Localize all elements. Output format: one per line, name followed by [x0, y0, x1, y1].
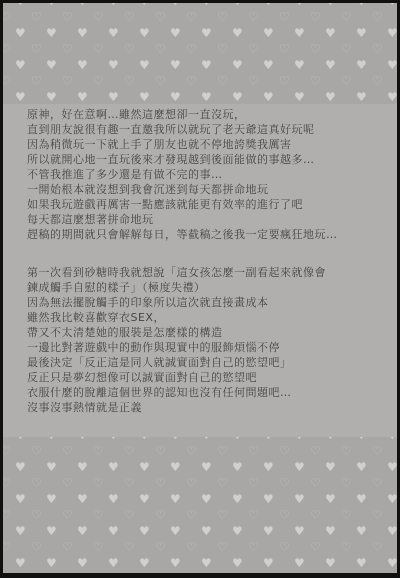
heart-outline-icon: ♡: [186, 477, 197, 489]
heart-filled-icon: ♥: [356, 3, 367, 7]
heart-filled-icon: ♥: [201, 91, 212, 103]
heart-filled-icon: ♥: [294, 3, 305, 7]
heart-filled-icon: ♥: [15, 557, 26, 569]
heart-filled-icon: ♥: [387, 91, 397, 103]
heart-outline-icon: ♡: [372, 75, 383, 87]
heart-outline-icon: ♡: [341, 477, 352, 489]
heart-filled-icon: ♥: [356, 493, 367, 505]
heart-outline-icon: ♡: [3, 43, 11, 55]
heart-outline-icon: ♡: [372, 11, 383, 23]
afterword-line: 雖然我比較喜歡穿衣SEX，: [27, 310, 387, 325]
heart-filled-icon: ♥: [170, 525, 181, 537]
afterword-line: 帶又不太清楚她的服裝是怎麼樣的構造: [27, 325, 387, 340]
heart-outline-icon: ♡: [31, 11, 42, 23]
heart-filled-icon: ♥: [356, 59, 367, 71]
heart-filled-icon: ♥: [46, 461, 57, 473]
heart-outline-icon: ♡: [372, 43, 383, 55]
heart-filled-icon: ♥: [139, 59, 150, 71]
heart-filled-icon: ♥: [108, 493, 119, 505]
heart-outline-icon: ♡: [217, 477, 228, 489]
heart-filled-icon: ♥: [232, 27, 243, 39]
heart-outline-icon: ♡: [155, 477, 166, 489]
afterword-line: 所以就開心地一直玩後來才發現越到後面能做的事越多…: [27, 152, 387, 167]
heart-outline-icon: ♡: [186, 43, 197, 55]
heart-filled-icon: ♥: [263, 525, 274, 537]
afterword-line: 衣服什麼的脫離這個世界的認知也沒有任何問題吧…: [27, 385, 387, 400]
heart-filled-icon: ♥: [15, 27, 26, 39]
heart-outline-icon: ♡: [310, 477, 321, 489]
heart-outline-icon: ♡: [186, 75, 197, 87]
heart-filled-icon: ♥: [77, 437, 88, 441]
heart-filled-icon: ♥: [387, 461, 397, 473]
heart-outline-icon: ♡: [31, 445, 42, 457]
heart-outline-icon: ♡: [155, 541, 166, 553]
afterword-line: 反正只是夢幻想像可以誠實面對自己的慾望吧: [27, 370, 387, 385]
heart-outline-icon: ♡: [310, 11, 321, 23]
heart-outline-icon: ♡: [279, 477, 290, 489]
heart-outline-icon: ♡: [372, 445, 383, 457]
afterword-line: 因為無法擺脫觸手的印象所以這次就直接畫成本: [27, 295, 387, 310]
heart-filled-icon: ♥: [170, 493, 181, 505]
heart-outline-icon: ♡: [155, 75, 166, 87]
heart-outline-icon: ♡: [62, 43, 73, 55]
heart-outline-icon: ♡: [93, 43, 104, 55]
heart-outline-icon: ♡: [155, 43, 166, 55]
heart-filled-icon: ♥: [77, 59, 88, 71]
heart-filled-icon: ♥: [263, 27, 274, 39]
heart-outline-icon: ♡: [31, 541, 42, 553]
heart-filled-icon: ♥: [108, 557, 119, 569]
heart-filled-icon: ♥: [170, 27, 181, 39]
heart-filled-icon: ♥: [201, 3, 212, 7]
heart-outline-icon: ♡: [124, 75, 135, 87]
heart-filled-icon: ♥: [294, 27, 305, 39]
heart-filled-icon: ♥: [325, 3, 336, 7]
heart-outline-icon: ♡: [279, 541, 290, 553]
afterword-line: 鍊成觸手自慰的樣子」（極度失禮）: [27, 280, 387, 295]
heart-outline-icon: ♡: [248, 445, 259, 457]
heart-filled-icon: ♥: [325, 91, 336, 103]
heart-outline-icon: ♡: [248, 541, 259, 553]
heart-filled-icon: ♥: [232, 59, 243, 71]
heart-outline-icon: ♡: [279, 75, 290, 87]
heart-outline-icon: ♡: [279, 43, 290, 55]
heart-filled-icon: ♥: [232, 461, 243, 473]
heart-filled-icon: ♥: [325, 437, 336, 441]
heart-outline-icon: ♡: [124, 477, 135, 489]
heart-outline-icon: ♡: [3, 477, 11, 489]
heart-filled-icon: ♥: [139, 461, 150, 473]
afterword-line: 不管我推進了多少還是有做不完的事…: [27, 167, 387, 182]
heart-filled-icon: ♥: [108, 27, 119, 39]
heart-filled-icon: ♥: [77, 461, 88, 473]
heart-outline-icon: ♡: [341, 541, 352, 553]
heart-outline-icon: ♡: [124, 541, 135, 553]
heart-outline-icon: ♡: [3, 75, 11, 87]
heart-filled-icon: ♥: [325, 557, 336, 569]
heart-filled-icon: ♥: [263, 59, 274, 71]
heart-outline-icon: ♡: [248, 75, 259, 87]
heart-filled-icon: ♥: [263, 91, 274, 103]
heart-outline-icon: ♡: [93, 509, 104, 521]
heart-filled-icon: ♥: [356, 27, 367, 39]
heart-outline-icon: ♡: [31, 509, 42, 521]
heart-filled-icon: ♥: [77, 3, 88, 7]
heart-outline-icon: ♡: [62, 445, 73, 457]
heart-filled-icon: ♥: [77, 557, 88, 569]
afterword-line: 最後決定「反正這是同人就誠實面對自己的慾望吧」: [27, 355, 387, 370]
heart-outline-icon: ♡: [310, 541, 321, 553]
heart-filled-icon: ♥: [263, 3, 274, 7]
heart-filled-icon: ♥: [232, 91, 243, 103]
heart-outline-icon: ♡: [62, 11, 73, 23]
afterword-line: 沒事沒事熱情就是正義: [27, 400, 387, 415]
heart-filled-icon: ♥: [232, 437, 243, 441]
heart-filled-icon: ♥: [15, 461, 26, 473]
heart-outline-icon: ♡: [3, 11, 11, 23]
heart-filled-icon: ♥: [15, 493, 26, 505]
afterword-line: 一開始根本就沒想到我會沉迷到每天都拼命地玩: [27, 182, 387, 197]
heart-outline-icon: ♡: [279, 445, 290, 457]
heart-filled-icon: ♥: [325, 27, 336, 39]
heart-outline-icon: ♡: [124, 11, 135, 23]
heart-outline-icon: ♡: [62, 509, 73, 521]
heart-filled-icon: ♥: [201, 493, 212, 505]
heart-filled-icon: ♥: [294, 525, 305, 537]
heart-filled-icon: ♥: [294, 91, 305, 103]
heart-pattern-top: ♥♥♥♥♥♥♥♥♥♥♥♥♥♡♡♡♡♡♡♡♡♡♡♡♡♡♥♥♥♥♥♥♥♥♥♥♥♥♥♡…: [3, 3, 397, 104]
afterword-line: 趕稿的期間就只會解解每日，等截稿之後我一定要瘋狂地玩…: [27, 227, 387, 242]
afterword-text-block: 原神，好在意啊…雖然這麼想卻一直沒玩， 直到朋友說很有趣一直邀我所以就玩了老天爺…: [27, 107, 387, 415]
heart-filled-icon: ♥: [294, 59, 305, 71]
heart-filled-icon: ♥: [108, 59, 119, 71]
heart-outline-icon: ♡: [124, 509, 135, 521]
heart-filled-icon: ♥: [170, 59, 181, 71]
heart-outline-icon: ♡: [217, 11, 228, 23]
heart-filled-icon: ♥: [139, 557, 150, 569]
heart-outline-icon: ♡: [3, 445, 11, 457]
heart-filled-icon: ♥: [108, 461, 119, 473]
heart-outline-icon: ♡: [310, 43, 321, 55]
heart-outline-icon: ♡: [93, 477, 104, 489]
heart-outline-icon: ♡: [186, 541, 197, 553]
heart-outline-icon: ♡: [93, 541, 104, 553]
heart-outline-icon: ♡: [341, 11, 352, 23]
heart-outline-icon: ♡: [3, 509, 11, 521]
heart-outline-icon: ♡: [62, 477, 73, 489]
heart-filled-icon: ♥: [263, 557, 274, 569]
heart-filled-icon: ♥: [201, 525, 212, 537]
heart-outline-icon: ♡: [310, 445, 321, 457]
heart-outline-icon: ♡: [341, 509, 352, 521]
heart-filled-icon: ♥: [77, 91, 88, 103]
heart-filled-icon: ♥: [232, 493, 243, 505]
heart-filled-icon: ♥: [77, 525, 88, 537]
heart-filled-icon: ♥: [325, 525, 336, 537]
heart-filled-icon: ♥: [77, 27, 88, 39]
heart-outline-icon: ♡: [372, 509, 383, 521]
heart-filled-icon: ♥: [170, 557, 181, 569]
heart-outline-icon: ♡: [3, 541, 11, 553]
heart-filled-icon: ♥: [77, 493, 88, 505]
heart-filled-icon: ♥: [46, 59, 57, 71]
paragraph-gap: [27, 242, 387, 265]
heart-outline-icon: ♡: [93, 11, 104, 23]
heart-filled-icon: ♥: [108, 3, 119, 7]
heart-filled-icon: ♥: [139, 525, 150, 537]
afterword-line: 直到朋友說很有趣一直邀我所以就玩了老天爺這真好玩呢: [27, 122, 387, 137]
heart-outline-icon: ♡: [217, 75, 228, 87]
heart-filled-icon: ♥: [139, 27, 150, 39]
heart-outline-icon: ♡: [279, 11, 290, 23]
heart-filled-icon: ♥: [356, 525, 367, 537]
heart-outline-icon: ♡: [310, 509, 321, 521]
heart-filled-icon: ♥: [356, 461, 367, 473]
heart-filled-icon: ♥: [170, 437, 181, 441]
heart-outline-icon: ♡: [372, 541, 383, 553]
heart-filled-icon: ♥: [294, 437, 305, 441]
heart-filled-icon: ♥: [201, 557, 212, 569]
heart-filled-icon: ♥: [46, 3, 57, 7]
heart-filled-icon: ♥: [170, 461, 181, 473]
heart-outline-icon: ♡: [341, 75, 352, 87]
heart-outline-icon: ♡: [62, 541, 73, 553]
heart-outline-icon: ♡: [217, 445, 228, 457]
heart-filled-icon: ♥: [263, 461, 274, 473]
heart-filled-icon: ♥: [46, 557, 57, 569]
heart-outline-icon: ♡: [93, 75, 104, 87]
heart-outline-icon: ♡: [217, 541, 228, 553]
heart-filled-icon: ♥: [46, 493, 57, 505]
heart-filled-icon: ♥: [46, 437, 57, 441]
heart-filled-icon: ♥: [108, 525, 119, 537]
heart-outline-icon: ♡: [31, 75, 42, 87]
heart-filled-icon: ♥: [232, 557, 243, 569]
heart-filled-icon: ♥: [232, 525, 243, 537]
heart-filled-icon: ♥: [15, 437, 26, 441]
heart-filled-icon: ♥: [139, 493, 150, 505]
heart-outline-icon: ♡: [186, 445, 197, 457]
heart-filled-icon: ♥: [294, 461, 305, 473]
heart-filled-icon: ♥: [387, 557, 397, 569]
heart-filled-icon: ♥: [170, 91, 181, 103]
heart-outline-icon: ♡: [341, 445, 352, 457]
heart-outline-icon: ♡: [62, 75, 73, 87]
heart-filled-icon: ♥: [294, 557, 305, 569]
heart-outline-icon: ♡: [155, 445, 166, 457]
afterword-line: 每天都這麼想著拼命地玩: [27, 212, 387, 227]
heart-filled-icon: ♥: [263, 437, 274, 441]
afterword-line: 如果我玩遊戲再厲害一點應該就能更有效率的進行了吧: [27, 197, 387, 212]
heart-filled-icon: ♥: [170, 3, 181, 7]
heart-outline-icon: ♡: [248, 477, 259, 489]
heart-filled-icon: ♥: [387, 493, 397, 505]
heart-filled-icon: ♥: [108, 437, 119, 441]
heart-outline-icon: ♡: [155, 11, 166, 23]
heart-filled-icon: ♥: [15, 3, 26, 7]
heart-filled-icon: ♥: [356, 437, 367, 441]
afterword-line: 第一次看到砂糖時我就想說「這女孩怎麼一副看起來就像會: [27, 265, 387, 280]
heart-outline-icon: ♡: [124, 43, 135, 55]
heart-filled-icon: ♥: [46, 27, 57, 39]
heart-pattern-bottom: ♥♥♥♥♥♥♥♥♥♥♥♥♥♡♡♡♡♡♡♡♡♡♡♡♡♡♥♥♥♥♥♥♥♥♥♥♥♥♥♡…: [3, 437, 397, 573]
heart-filled-icon: ♥: [108, 91, 119, 103]
heart-outline-icon: ♡: [31, 477, 42, 489]
heart-outline-icon: ♡: [248, 509, 259, 521]
heart-outline-icon: ♡: [186, 509, 197, 521]
heart-filled-icon: ♥: [387, 27, 397, 39]
heart-filled-icon: ♥: [15, 59, 26, 71]
heart-outline-icon: ♡: [93, 445, 104, 457]
heart-outline-icon: ♡: [372, 477, 383, 489]
heart-outline-icon: ♡: [341, 43, 352, 55]
heart-outline-icon: ♡: [186, 11, 197, 23]
heart-filled-icon: ♥: [325, 493, 336, 505]
heart-filled-icon: ♥: [263, 493, 274, 505]
heart-filled-icon: ♥: [15, 91, 26, 103]
heart-filled-icon: ♥: [356, 557, 367, 569]
heart-outline-icon: ♡: [155, 509, 166, 521]
heart-filled-icon: ♥: [201, 27, 212, 39]
heart-outline-icon: ♡: [248, 11, 259, 23]
heart-outline-icon: ♡: [310, 75, 321, 87]
heart-filled-icon: ♥: [139, 3, 150, 7]
heart-filled-icon: ♥: [387, 59, 397, 71]
heart-filled-icon: ♥: [139, 437, 150, 441]
heart-filled-icon: ♥: [387, 437, 397, 441]
heart-filled-icon: ♥: [201, 461, 212, 473]
heart-filled-icon: ♥: [356, 91, 367, 103]
heart-filled-icon: ♥: [139, 91, 150, 103]
page-inner: ♥♥♥♥♥♥♥♥♥♥♥♥♥♡♡♡♡♡♡♡♡♡♡♡♡♡♥♥♥♥♥♥♥♥♥♥♥♥♥♡…: [3, 3, 397, 573]
heart-outline-icon: ♡: [217, 43, 228, 55]
heart-outline-icon: ♡: [279, 509, 290, 521]
heart-filled-icon: ♥: [387, 3, 397, 7]
heart-filled-icon: ♥: [387, 525, 397, 537]
heart-filled-icon: ♥: [325, 461, 336, 473]
afterword-line: 因為稍微玩一下就上手了朋友也就不停地誇獎我厲害: [27, 137, 387, 152]
heart-filled-icon: ♥: [15, 525, 26, 537]
heart-outline-icon: ♡: [217, 509, 228, 521]
heart-outline-icon: ♡: [248, 43, 259, 55]
heart-filled-icon: ♥: [201, 437, 212, 441]
heart-outline-icon: ♡: [31, 43, 42, 55]
afterword-page: ♥♥♥♥♥♥♥♥♥♥♥♥♥♡♡♡♡♡♡♡♡♡♡♡♡♡♥♥♥♥♥♥♥♥♥♥♥♥♥♡…: [0, 0, 400, 578]
heart-filled-icon: ♥: [201, 59, 212, 71]
heart-filled-icon: ♥: [232, 3, 243, 7]
heart-filled-icon: ♥: [294, 493, 305, 505]
heart-filled-icon: ♥: [46, 91, 57, 103]
heart-outline-icon: ♡: [124, 445, 135, 457]
afterword-line: 一邊比對著遊戲中的動作與現實中的服飾煩惱不停: [27, 340, 387, 355]
heart-filled-icon: ♥: [325, 59, 336, 71]
afterword-line: 原神，好在意啊…雖然這麼想卻一直沒玩，: [27, 107, 387, 122]
heart-filled-icon: ♥: [46, 525, 57, 537]
